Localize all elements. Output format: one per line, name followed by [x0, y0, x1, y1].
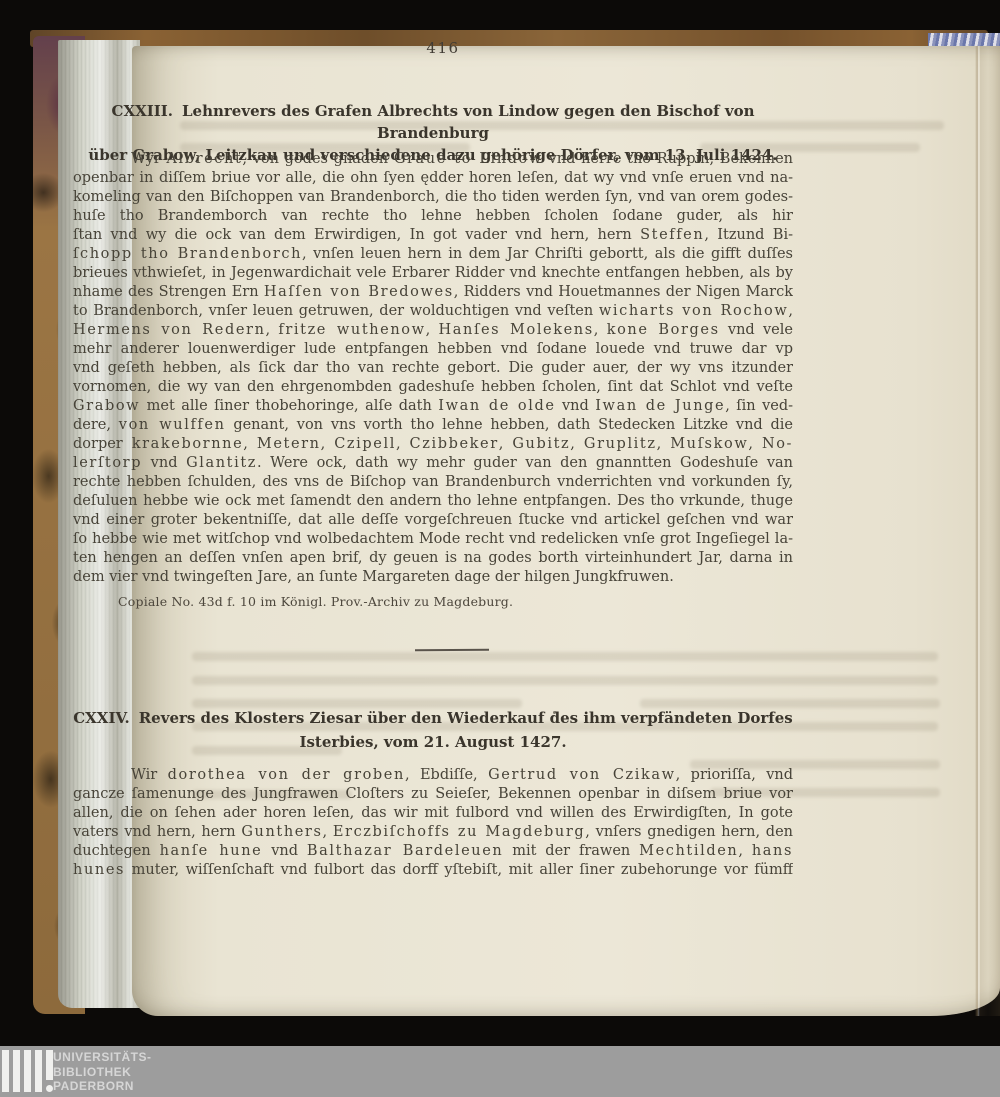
logo-bar	[35, 1050, 42, 1092]
show-through-ghost	[192, 676, 938, 685]
library-footer-bar: UNIVERSITÄTS- BIBLIOTHEK PADERBORN	[0, 1046, 1000, 1097]
logo-exclamation-bar	[46, 1050, 53, 1092]
text-line: to Brandenborch, vnſer leuen getruwen, d…	[73, 302, 793, 321]
text-line: dem vier vnd twingeſten Jare, an ſunte M…	[73, 568, 793, 587]
heading-text: Revers des Klosters Ziesar über den Wied…	[139, 709, 793, 727]
logo-bar	[13, 1050, 20, 1092]
text-line: nhame des Strengen Ern Haſſen von Bredow…	[73, 283, 793, 302]
text-line: huſe tho Brandemborch van rechte tho leh…	[73, 207, 793, 226]
text-line: Grabow met alle ſiner thobehoringe, alſe…	[73, 397, 793, 416]
text-line: vnd geſeth hebben, als ſick dar tho van …	[73, 359, 793, 378]
text-line: deſuluen hebbe wie ock met ſamendt den a…	[73, 492, 793, 511]
text-line: hunes muter, wiſſenſchaft vnd fulbort da…	[73, 861, 793, 880]
text-line: vornomen, die wy van den ehrgenombden ga…	[73, 378, 793, 397]
text-line: ſtan vnd wy die ock van dem Erwirdigen, …	[73, 226, 793, 245]
text-line: gancze ſamenunge des Jungfrawen Cloſters…	[73, 785, 793, 804]
text-line: dorper krakebornne, Metern, Czipell, Czi…	[73, 435, 793, 454]
entry-heading-cxxiv: CXXIV.Revers des Klosters Ziesar über de…	[73, 706, 793, 754]
book-headband	[928, 33, 1000, 46]
show-through-ghost	[192, 652, 938, 661]
text-line: Hermens von Redern, fritze wuthenow, Han…	[73, 321, 793, 340]
library-name-line: UNIVERSITÄTS-	[53, 1050, 152, 1065]
heading-line: CXXIII.Lehnrevers des Grafen Albrechts v…	[73, 100, 793, 144]
entry-number: CXXIV.	[73, 709, 129, 727]
text-line: vnd einer groter bekentniſſe, dat alle d…	[73, 511, 793, 530]
heading-line: Isterbies, vom 21. August 1427.	[73, 730, 793, 754]
library-name-line: BIBLIOTHEK	[53, 1065, 152, 1080]
text-line: vaters vnd hern, hern Gunthers, Erczbiſc…	[73, 823, 793, 842]
source-note: Copiale No. 43d f. 10 im Königl. Prov.-A…	[118, 594, 513, 609]
text-line: ſo hebbe wie met witſchop vnd wolbedacht…	[73, 530, 793, 549]
text-line: duchtegen hanſe hune vnd Balthazar Barde…	[73, 842, 793, 861]
text-line: ten hengen an deſſen vnſen apen brif, dy…	[73, 549, 793, 568]
logo-bar	[2, 1050, 9, 1092]
text-line: rechte hebben ſchulden, des vns de Biſch…	[73, 473, 793, 492]
text-line: allen, die on ſehen ader horen leſen, da…	[73, 804, 793, 823]
page-number: 416	[73, 39, 813, 57]
text-line: lerſtorp vnd Glantitz. Were ock, dath wy…	[73, 454, 793, 473]
text-line: komeling van den Biſchoppen van Brandenb…	[73, 188, 793, 207]
text-line: ſchopp tho Brandenborch, vnſen leuen her…	[73, 245, 793, 264]
text-line: Wir dorothea von der groben, Ebdiſſe, Ge…	[73, 766, 793, 785]
gutter-shadow	[980, 46, 1000, 1016]
text-line: openbar in diſſem briue vor alle, die oh…	[73, 169, 793, 188]
text-line: Wyr Albrecht, von godes gnaden Graue to …	[73, 150, 793, 169]
text-line: mehr anderer louenwerdiger lude entpfang…	[73, 340, 793, 359]
heading-text: Lehnrevers des Grafen Albrechts von Lind…	[182, 102, 754, 142]
text-line: brieues vthwieſet, in Jegenwardichait ve…	[73, 264, 793, 283]
library-name: UNIVERSITÄTS- BIBLIOTHEK PADERBORN	[53, 1050, 152, 1094]
library-logo-icon	[2, 1050, 53, 1092]
logo-bar	[24, 1050, 31, 1092]
scan-background: 416 CXXIII.Lehnrevers des Grafen Albrech…	[0, 0, 1000, 1097]
charter-body-cxxiii: Wyr Albrecht, von godes gnaden Graue to …	[73, 150, 793, 587]
text-line: dere, von wulffen genant, von vns vorth …	[73, 416, 793, 435]
entry-number: CXXIII.	[112, 102, 174, 120]
charter-body-cxxiv: Wir dorothea von der groben, Ebdiſſe, Ge…	[73, 766, 793, 880]
heading-line: CXXIV.Revers des Klosters Ziesar über de…	[73, 706, 793, 730]
library-name-line: PADERBORN	[53, 1079, 152, 1094]
